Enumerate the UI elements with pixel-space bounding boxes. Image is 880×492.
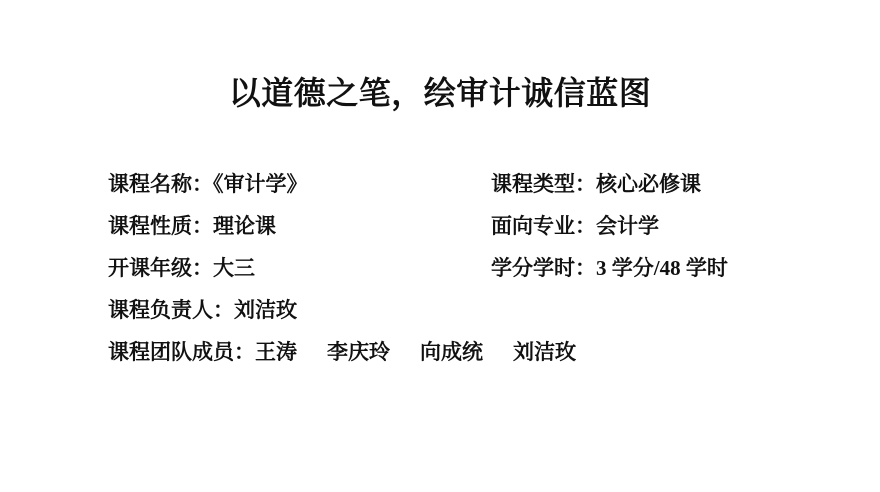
course-major-row: 面向专业：会计学 xyxy=(491,205,728,247)
team-member: 王涛 xyxy=(255,331,297,373)
course-credits-row: 学分学时：3 学分/48 学时 xyxy=(491,247,728,289)
course-type-label: 课程类型： xyxy=(491,172,596,196)
team-member: 刘洁玫 xyxy=(513,331,576,373)
course-grade-value: 大三 xyxy=(213,256,255,280)
team-member: 向成统 xyxy=(420,331,483,373)
course-info-right-column: 课程类型：核心必修课 面向专业：会计学 学分学时：3 学分/48 学时 xyxy=(491,163,728,289)
course-leader-row: 课程负责人：刘洁玫 xyxy=(108,289,576,331)
course-name-label: 课程名称： xyxy=(108,172,213,196)
team-member: 李庆玲 xyxy=(327,331,390,373)
course-nature-label: 课程性质： xyxy=(108,214,213,238)
course-major-label: 面向专业： xyxy=(491,214,596,238)
course-grade-label: 开课年级： xyxy=(108,256,213,280)
course-leader-value: 刘洁玫 xyxy=(234,298,297,322)
page-title: 以道德之笔，绘审计诚信蓝图 xyxy=(0,74,880,112)
course-type-row: 课程类型：核心必修课 xyxy=(491,163,728,205)
slide: 以道德之笔，绘审计诚信蓝图 课程名称：《审计学》 课程性质：理论课 开课年级：大… xyxy=(0,0,880,492)
course-leader-label: 课程负责人： xyxy=(108,298,234,322)
course-type-value: 核心必修课 xyxy=(596,172,701,196)
course-name-value: 《审计学》 xyxy=(213,172,308,196)
course-major-value: 会计学 xyxy=(596,214,659,238)
course-credits-value: 3 学分/48 学时 xyxy=(596,256,728,280)
course-team-label: 课程团队成员： xyxy=(108,340,255,364)
course-credits-label: 学分学时： xyxy=(491,256,596,280)
course-team-row: 课程团队成员：王涛李庆玲向成统刘洁玫 xyxy=(108,331,576,373)
course-nature-value: 理论课 xyxy=(213,214,276,238)
